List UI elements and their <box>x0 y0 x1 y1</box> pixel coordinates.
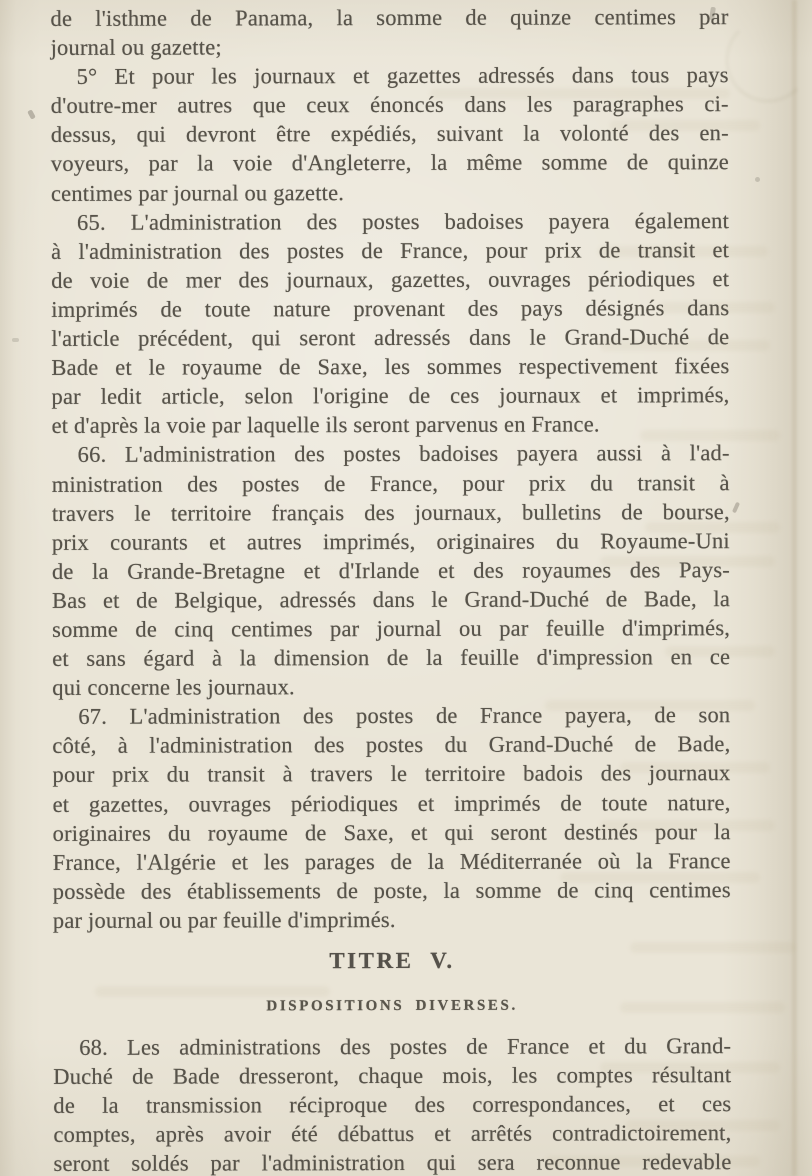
section-subtitle: DISPOSITIONS DIVERSES. <box>53 994 731 1018</box>
text-line: originaires du royaume de Saxe, et qui s… <box>53 817 731 848</box>
paragraph-continuation: de l'isthme de Panama, la somme de quinz… <box>50 2 728 62</box>
text-line: dessus, qui devront être expédiés, suiva… <box>51 118 729 149</box>
text-line: qui concerne les journaux. <box>52 671 730 702</box>
ink-speck <box>755 177 760 182</box>
text-line: de la Grande-Bretagne et d'Irlande et de… <box>52 555 730 586</box>
text-line: pour prix du transit à travers le territ… <box>52 759 730 790</box>
text-line: côté, à l'administration des postes du G… <box>52 729 730 760</box>
text-line: 5° Et pour les journaux et gazettes adre… <box>51 60 729 91</box>
text-line: travers le territoire français des journ… <box>52 497 730 528</box>
text-line: comptes, après avoir été débattus et arr… <box>53 1118 731 1149</box>
text-block: de l'isthme de Panama, la somme de quinz… <box>50 2 731 1176</box>
text-line: 67. L'administration des postes de Franc… <box>52 700 730 731</box>
section-title: TITRE V. <box>53 945 731 977</box>
text-line: par ledit article, selon l'origine de ce… <box>51 380 729 411</box>
text-line: de la transmission réciproque des corres… <box>53 1089 731 1120</box>
text-line: 68. Les administrations des postes de Fr… <box>53 1031 731 1062</box>
text-line: et gazettes, ouvrages périodiques et imp… <box>53 788 731 819</box>
paragraph-article-68: 68. Les administrations des postes de Fr… <box>53 1031 731 1176</box>
text-line: et sans égard à la dimension de la feuil… <box>52 642 730 673</box>
text-line: voyeurs, par la voie d'Angleterre, la mê… <box>51 148 729 179</box>
ink-speck <box>12 338 19 342</box>
text-line: à l'administration des postes de France,… <box>51 235 729 266</box>
text-line: imprimés de toute nature provenant des p… <box>51 293 729 324</box>
text-line: possède des établissements de poste, la … <box>53 875 731 906</box>
text-line: de voie de mer des journaux, gazettes, o… <box>51 264 729 295</box>
paragraph-article-65: 65. L'administration des postes badoises… <box>51 206 730 441</box>
text-line: prix courants et autres imprimés, origin… <box>52 526 730 557</box>
paragraph-article-66: 66. L'administration des postes badoises… <box>52 439 731 703</box>
text-line: Duché de Bade dresseront, chaque mois, l… <box>53 1060 731 1091</box>
text-line: d'outre-mer autres que ceux énoncés dans… <box>51 89 729 120</box>
text-line: Bas et de Belgique, adressés dans le Gra… <box>52 584 730 615</box>
text-line: l'article précédent, qui seront adressés… <box>51 322 729 353</box>
paragraph-article-67: 67. L'administration des postes de Franc… <box>52 700 731 935</box>
text-line: de l'isthme de Panama, la somme de quinz… <box>50 2 728 33</box>
text-line: seront soldés par l'administration qui s… <box>53 1148 731 1176</box>
text-line: centimes par journal ou gazette. <box>51 177 729 208</box>
paper-crease <box>726 18 810 102</box>
paragraph-clause-5: 5° Et pour les journaux et gazettes adre… <box>51 60 729 207</box>
text-line: et d'après la voie par laquelle ils sero… <box>52 409 730 440</box>
text-line: par journal ou par feuille d'imprimés. <box>53 904 731 935</box>
text-line: 65. L'administration des postes badoises… <box>51 206 729 237</box>
text-line: 66. L'administration des postes badoises… <box>52 439 730 470</box>
ink-speck <box>732 502 740 514</box>
text-line: ministration des postes de France, pour … <box>52 468 730 499</box>
page-edge-streak <box>792 0 797 1176</box>
scanned-document-page: de l'isthme de Panama, la somme de quinz… <box>0 0 812 1176</box>
text-line: journal ou gazette; <box>51 31 729 62</box>
ink-speck <box>27 109 36 119</box>
text-line: France, l'Algérie et les parages de la M… <box>53 846 731 877</box>
text-line: Bade et le royaume de Saxe, les sommes r… <box>51 351 729 382</box>
text-line: somme de cinq centimes par journal ou pa… <box>52 613 730 644</box>
